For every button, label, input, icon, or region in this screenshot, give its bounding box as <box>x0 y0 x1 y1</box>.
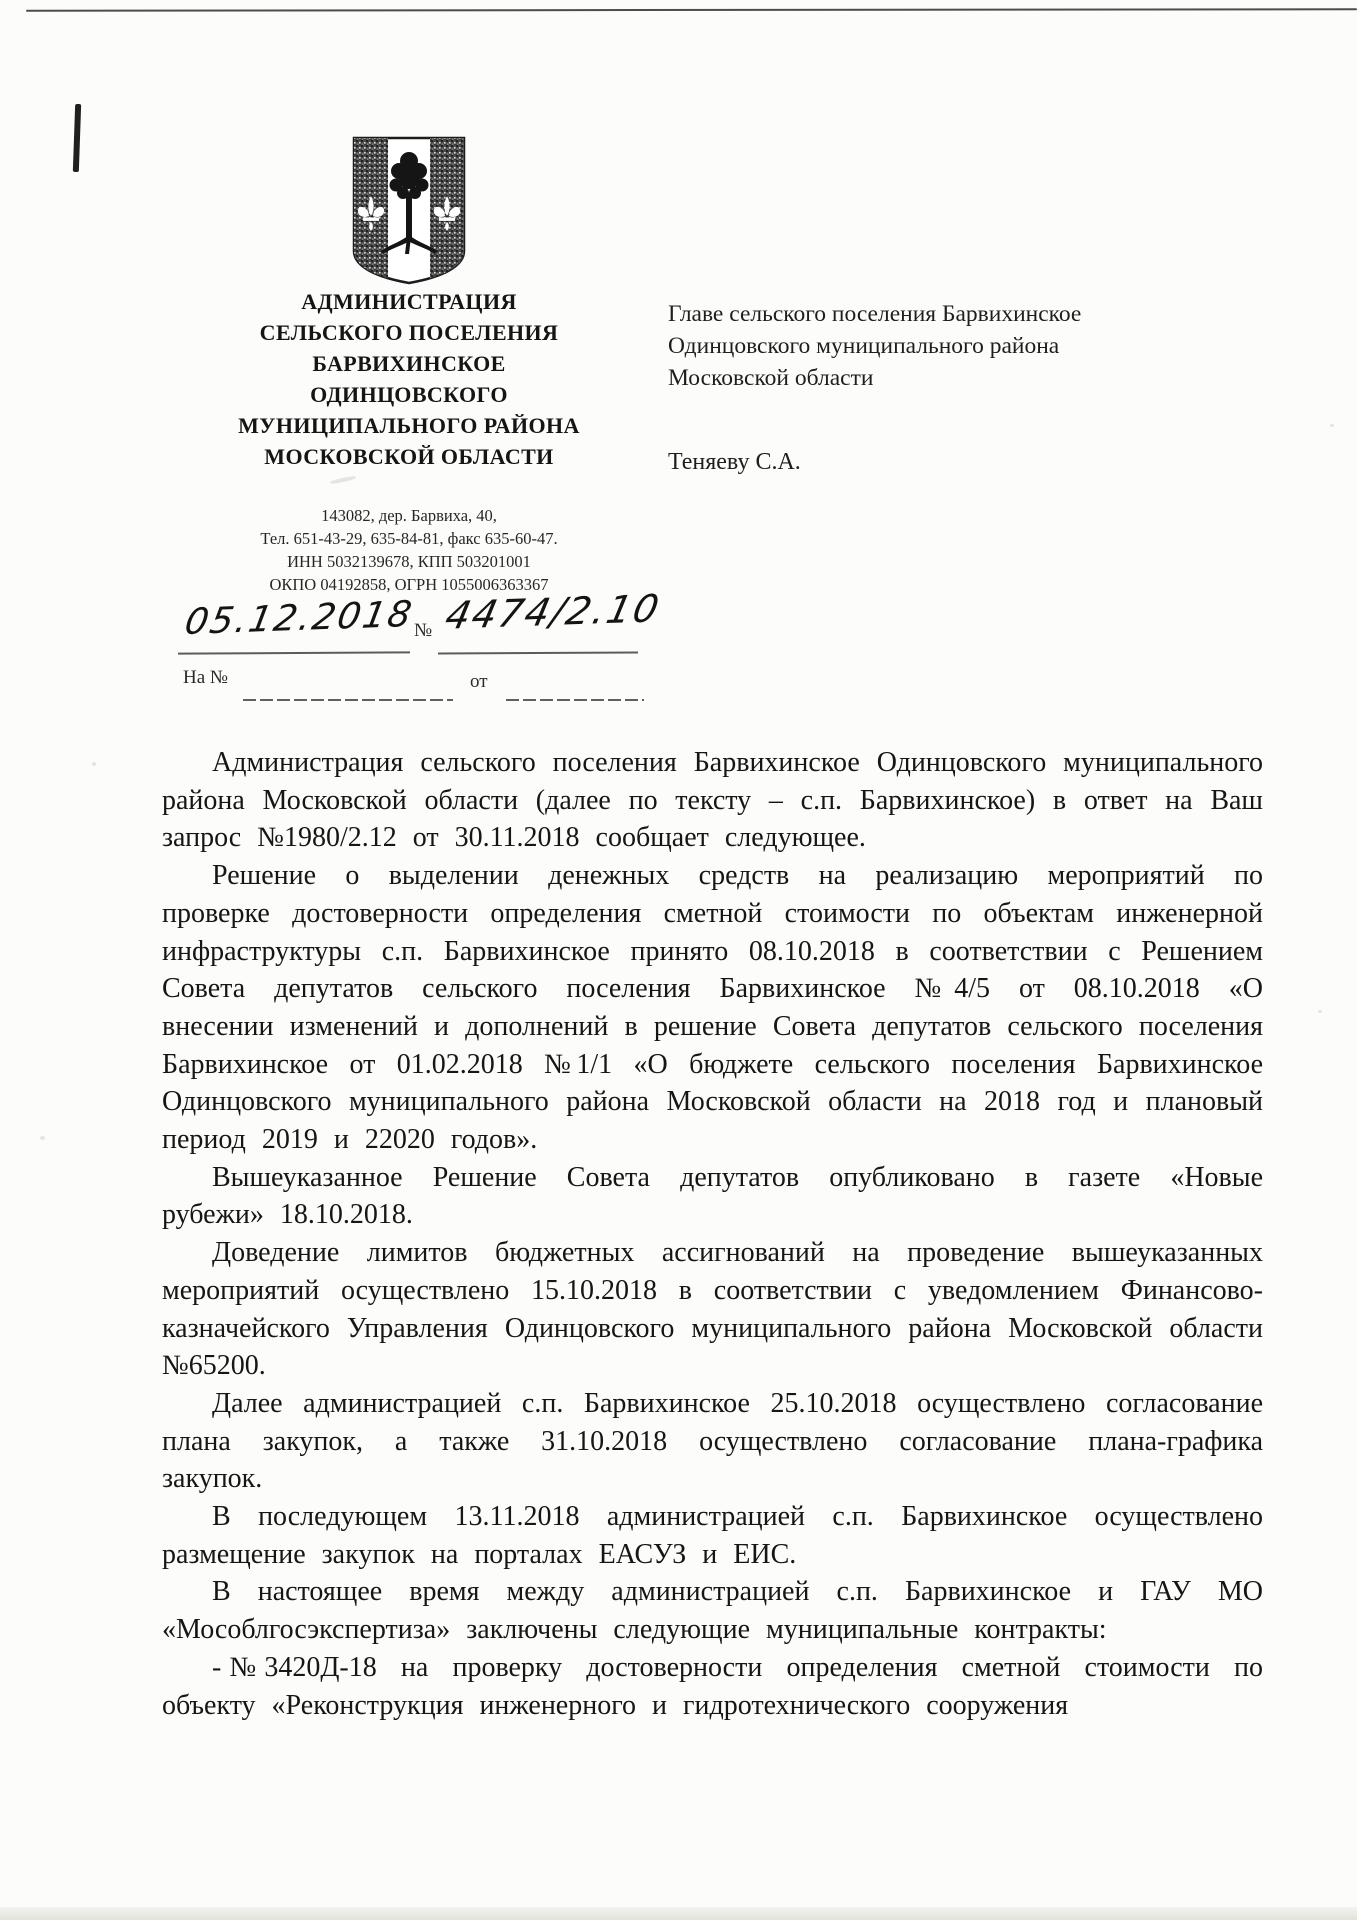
scan-mark <box>73 104 81 172</box>
org-name-line: БАРВИХИНСКОЕ <box>179 348 639 379</box>
incoming-ref-label: На № <box>183 667 228 689</box>
body-paragraph: Вышеуказанное Решение Совета депутатов о… <box>162 1159 1263 1234</box>
address-line: 143082, дер. Барвиха, 40, <box>159 504 659 527</box>
address-line: ИНН 5032139678, КПП 503201001 <box>159 550 659 573</box>
scan-speck <box>1318 1010 1322 1013</box>
scan-speck <box>40 1136 45 1140</box>
recipient-block: Главе сельского поселения Барвихинское О… <box>668 299 1148 394</box>
body-paragraph: В последующем 13.11.2018 администрацией … <box>162 1498 1263 1573</box>
org-name-line: СЕЛЬСКОГО ПОСЕЛЕНИЯ <box>179 317 639 348</box>
date-blank-line <box>178 651 410 654</box>
letter-page: АДМИНИСТРАЦИЯ СЕЛЬСКОГО ПОСЕЛЕНИЯ БАРВИХ… <box>0 0 1357 1920</box>
scan-bottom-band <box>0 1907 1357 1920</box>
body-paragraph: Далее администрацией с.п. Барвихинское 2… <box>162 1385 1263 1498</box>
recipient-line: Главе сельского поселения Барвихинское <box>668 299 1148 331</box>
from-blank-line <box>506 699 644 701</box>
number-blank-line <box>438 651 638 654</box>
letterhead-org-name: АДМИНИСТРАЦИЯ СЕЛЬСКОГО ПОСЕЛЕНИЯ БАРВИХ… <box>179 286 639 472</box>
scan-edge-line <box>26 8 1357 11</box>
body-paragraph: В настоящее время между администрацией с… <box>162 1573 1263 1648</box>
number-sign: № <box>414 620 432 642</box>
body-paragraph: Решение о выделении денежных средств на … <box>162 857 1263 1159</box>
ref-date-handwritten: 05.12.2018 <box>182 594 417 643</box>
incoming-ref-blank-line <box>243 699 453 701</box>
scan-speck <box>92 762 96 766</box>
org-name-line: МОСКОВСКОЙ ОБЛАСТИ <box>179 441 639 472</box>
org-name-line: ОДИНЦОВСКОГО <box>179 379 639 410</box>
body-paragraph: Доведение лимитов бюджетных ассигнований… <box>162 1234 1263 1385</box>
scan-smudge <box>330 475 356 484</box>
recipient-name: Теняеву С.А. <box>668 449 801 476</box>
org-name-line: МУНИЦИПАЛЬНОГО РАЙОНА <box>179 410 639 441</box>
from-label: от <box>470 671 488 693</box>
body-paragraph: -№3420Д-18 на проверку достоверности опр… <box>162 1649 1263 1724</box>
body-paragraph: Администрация сельского поселения Барвих… <box>162 744 1263 857</box>
org-name-line: АДМИНИСТРАЦИЯ <box>179 286 639 317</box>
letter-body: Администрация сельского поселения Барвих… <box>162 744 1263 1724</box>
coat-of-arms-icon <box>351 135 467 287</box>
ref-number-handwritten: 4474/2.10 <box>441 586 664 637</box>
scan-speck <box>1330 424 1334 427</box>
letterhead-address: 143082, дер. Барвиха, 40, Тел. 651-43-29… <box>159 504 659 596</box>
recipient-line: Одинцовского муниципального района <box>668 331 1148 363</box>
address-line: Тел. 651-43-29, 635-84-81, факс 635-60-4… <box>159 527 659 550</box>
recipient-line: Московской области <box>668 363 1148 395</box>
